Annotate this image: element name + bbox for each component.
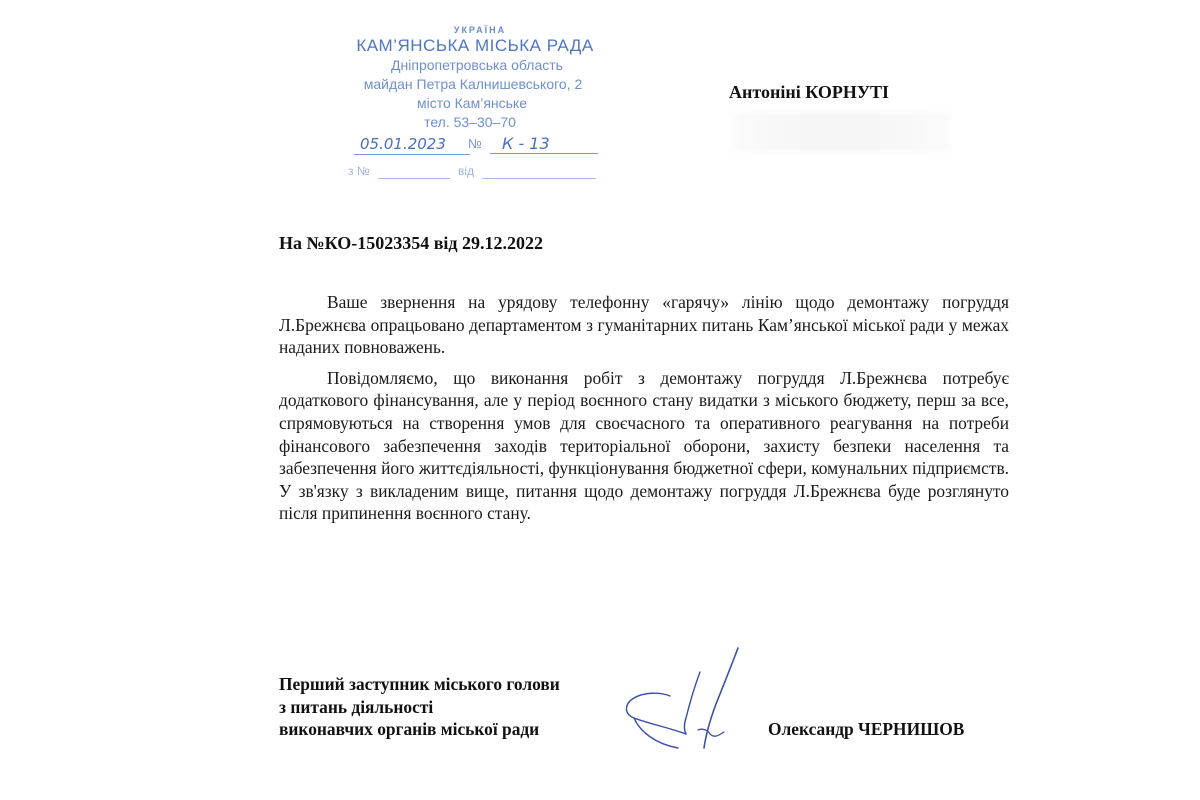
signatory-name: Олександр ЧЕРНИШОВ: [768, 719, 964, 740]
stamp-council-name: КАМ’ЯНСЬКА МІСЬКА РАДА: [340, 36, 610, 56]
stamp-phone: тел. 53–30–70: [330, 113, 610, 132]
stamp-number-label: №: [468, 136, 482, 151]
stamp-country: УКРАЇНА: [350, 24, 610, 36]
signatory-title-line-2: з питань діяльності: [279, 696, 560, 719]
addressee-name: Антоніні КОРНУТІ: [729, 82, 889, 103]
letter-body: Ваше звернення на урядову телефонну «гар…: [279, 291, 1009, 533]
signatory-title-line-3: виконавчих органів міської ради: [279, 718, 560, 741]
stamp-registration-row: 05.01.2023 № К - 13: [330, 134, 610, 156]
letter-page: УКРАЇНА КАМ’ЯНСЬКА МІСЬКА РАДА Дніпропет…: [0, 0, 1200, 800]
stamp-city: місто Кам’янське: [334, 94, 610, 113]
body-paragraph-2: Повідомляємо, що виконання робіт з демон…: [279, 367, 1009, 525]
stamp-reference-row: з № від: [330, 162, 610, 184]
redacted-address-area: [730, 112, 950, 152]
body-paragraph-1: Ваше звернення на урядову телефонну «гар…: [279, 291, 1009, 359]
signatory-title-line-1: Перший заступник міського голови: [279, 673, 560, 696]
stamp-number-handwritten: К - 13: [490, 134, 598, 154]
signatory-title: Перший заступник міського голови з питан…: [279, 673, 560, 741]
stamp-from-blank-line: [482, 178, 596, 179]
stamp-date-handwritten: 05.01.2023: [354, 134, 470, 155]
stamp-ref-blank-line: [378, 178, 450, 179]
stamp-ref-label: з №: [348, 164, 370, 178]
stamp-region: Дніпропетровська область: [344, 56, 610, 75]
stamp-from-label: від: [458, 164, 474, 178]
council-stamp: УКРАЇНА КАМ’ЯНСЬКА МІСЬКА РАДА Дніпропет…: [330, 24, 610, 184]
reference-line: На №КО-15023354 від 29.12.2022: [279, 233, 543, 254]
handwritten-signature-icon: [620, 644, 750, 754]
stamp-address: майдан Петра Калнишевського, 2: [336, 75, 610, 94]
